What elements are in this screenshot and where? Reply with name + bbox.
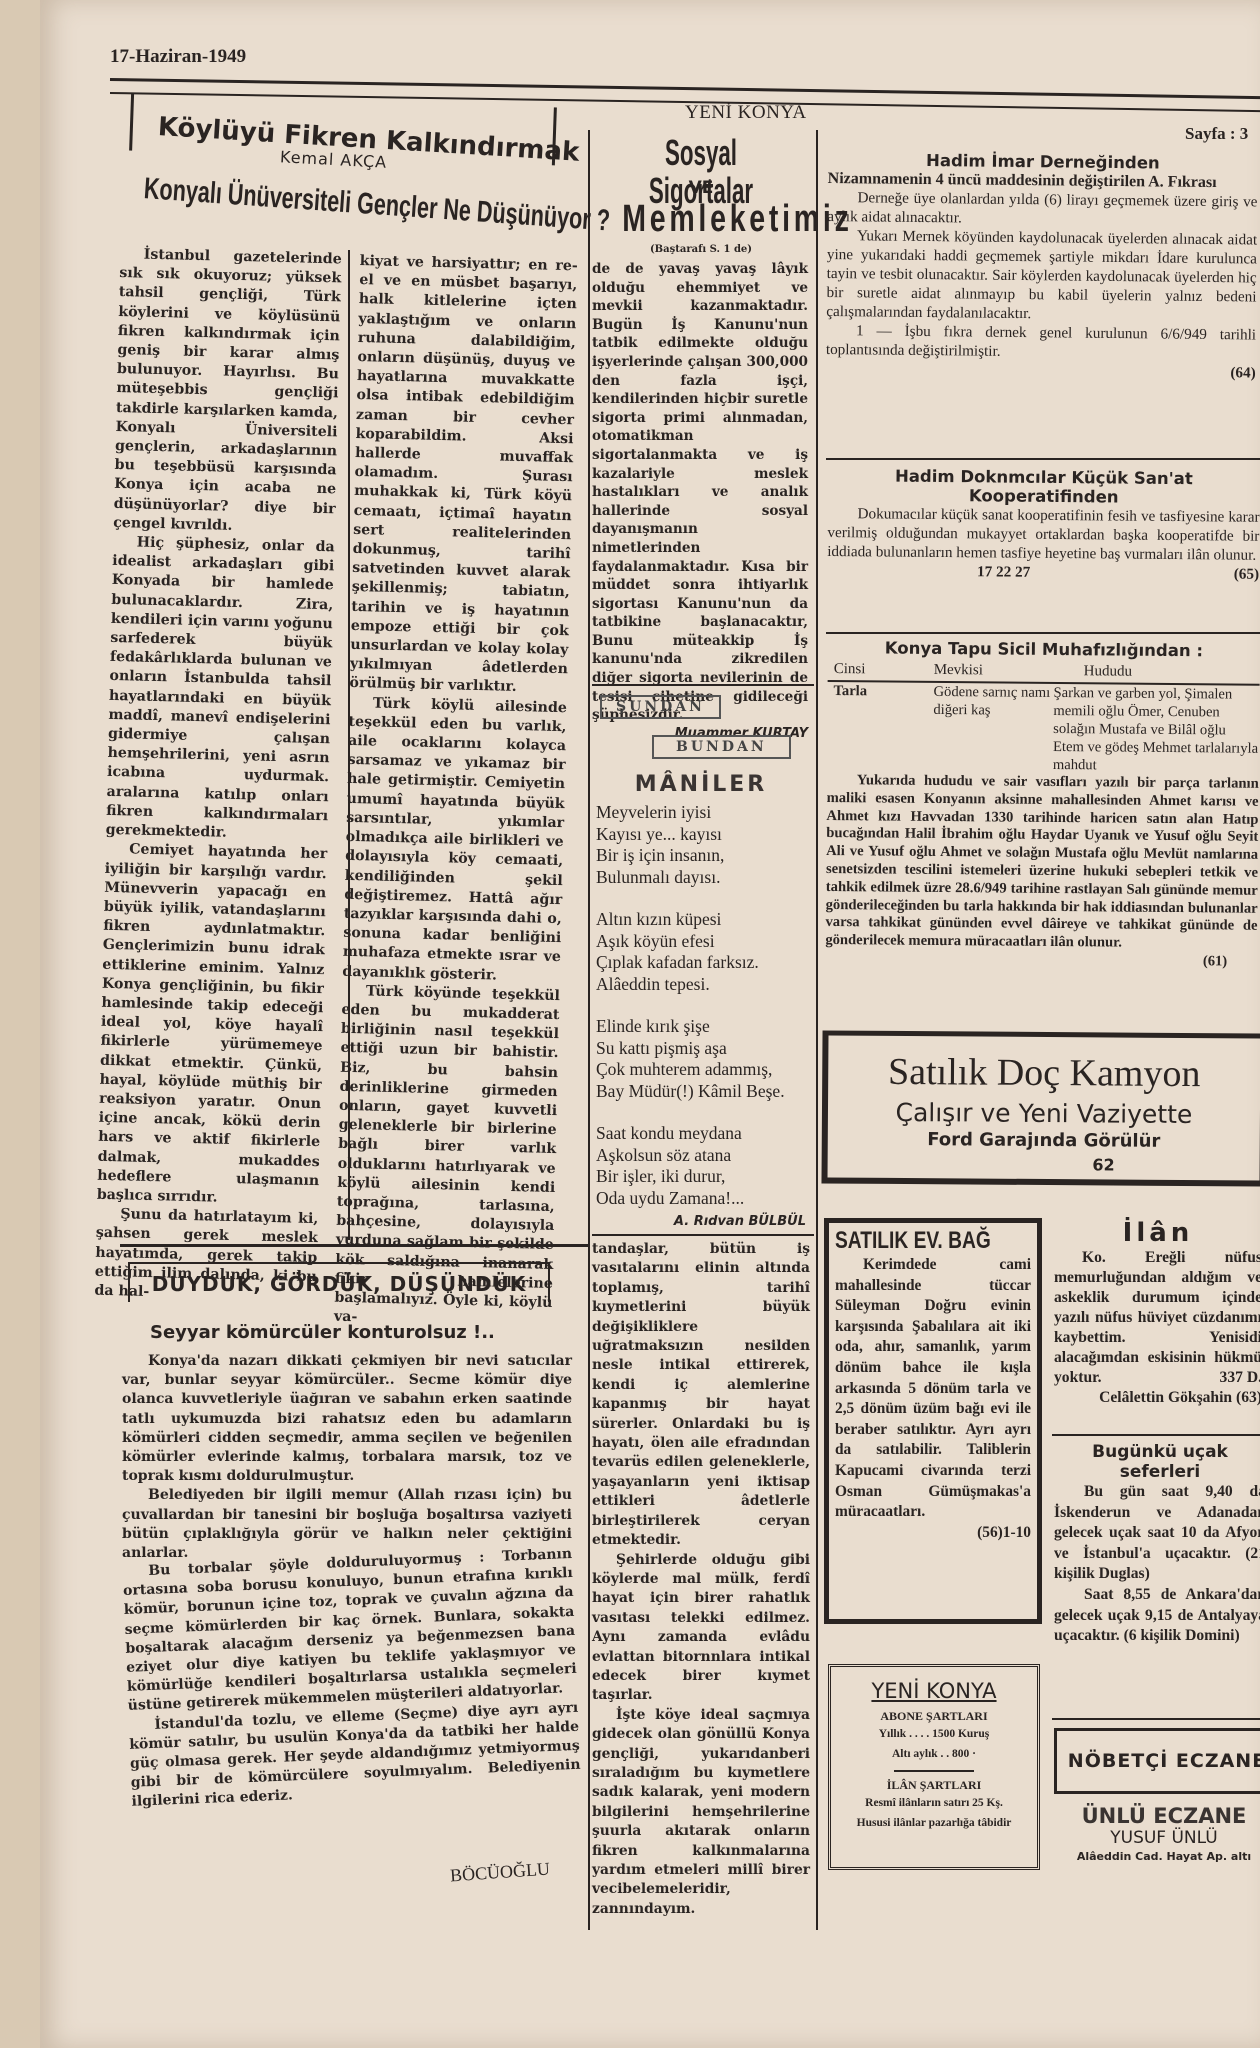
maniler-author: A. Rıdvan BÜLBÜL — [596, 1211, 806, 1233]
price-yearly: Yıllık . . . . 1500 Kuruş — [831, 1724, 1037, 1744]
pharmacy-owner: YUSUF ÜNLÜ — [1054, 1828, 1260, 1848]
paragraph: Yukarıda hududu ve sair vasıfları yazılı… — [825, 772, 1259, 954]
table-cell: Gödene sarnıç namı diğeri kaş — [933, 683, 1054, 774]
paragraph: Hiç şüphesiz, onlar da idealist arkadaşl… — [105, 533, 334, 846]
pharmacy-address: Alâeddin Cad. Hayat Ap. altı — [1054, 1850, 1260, 1863]
stanza: Meyvelerin iyisi Kayısı ye... kayısı Bir… — [596, 802, 816, 888]
house-vineyard-ad: SATILIK EV. BAĞ Kerimdede cami mahallesi… — [824, 1218, 1042, 1624]
verse: Kayısı ye... kayısı — [596, 824, 816, 846]
verse: Saat kondu meydana — [596, 1123, 816, 1145]
paragraph: tandaşlar, bütün iş vasıtalarını elinin … — [592, 1240, 810, 1551]
pharmacy-info: ÜNLÜ ECZANE YUSUF ÜNLÜ Alâeddin Cad. Hay… — [1054, 1804, 1260, 1863]
notice-dates: 17 22 27 — [977, 562, 1030, 581]
maniler-title: MÂNİLER — [596, 772, 806, 797]
notice-body: Bu gün saat 9,40 da İskenderun ve Adanad… — [1054, 1482, 1260, 1647]
verse: Oda uydu Zamana!... — [596, 1188, 816, 1210]
paragraph: Cemiyet hayatında her iyiliğin bir karşı… — [97, 840, 328, 1210]
ad-ref: (56)1-10 — [835, 1523, 1031, 1544]
notice-ref: (64) — [826, 359, 1256, 383]
sigorta-headline-ve: VE — [596, 178, 806, 198]
warped-text: Bu torbalar şöyle dolduruluyormuş : Torb… — [122, 1545, 582, 1812]
paragraph: Türk köylü ailesinde teşekkül eden bu va… — [342, 694, 567, 987]
price-value: 1500 Kuruş — [932, 1728, 989, 1740]
divider — [894, 1770, 974, 1772]
ad-terms-line: Hususi ilânlar pazarlığa tâbidir — [831, 1813, 1037, 1833]
verse: Meyvelerin iyisi — [596, 802, 816, 824]
verse: Aşkolsun söz atana — [596, 1145, 816, 1167]
lost-id-notice: İlân Ko. Ereğli nüfus memurluğundan aldı… — [1054, 1218, 1260, 1408]
paragraph: 1 — İşbu fıkra dernek genel kurulunun 6/… — [826, 321, 1256, 364]
section-rule — [592, 1234, 814, 1236]
notice-title: Bugünkü uçak seferleri — [1054, 1442, 1260, 1482]
paragraph: Yukarı Mernek köyünden kaydolunacak üyel… — [826, 226, 1257, 325]
price-value: 800 · — [952, 1748, 976, 1760]
newspaper-name: YENİ KONYA — [685, 102, 807, 124]
paragraph: Şehirlerde olduğu gibi köylerde mal mülk… — [592, 1551, 810, 1706]
truck-for-sale-ad: Satılık Doç Kamyon Çalışır ve Yeni Vaziy… — [821, 1030, 1260, 1186]
lead-subheadline: Konyalı Ünüversiteli Gençler Ne Düşünüyo… — [143, 172, 611, 238]
subscription-title: ABONE ŞARTLARI — [831, 1709, 1037, 1724]
section-rule — [826, 458, 1260, 460]
ad-body: Kerimdede cami mahallesinde tüccar Süley… — [835, 1255, 1031, 1543]
flight-schedule: Bugünkü uçak seferleri Bu gün saat 9,40 … — [1054, 1442, 1260, 1647]
notice-number: 337 D. — [1192, 1368, 1260, 1388]
paragraph: Ko. Ereğli nüfus memurluğundan aldığım v… — [1054, 1248, 1260, 1388]
signatory: Celâlettin Gökşahin — [1099, 1389, 1232, 1406]
sigorta-body: de de yavaş yavaş lâyık olduğu ehemmiyet… — [592, 260, 808, 743]
notice-ref: (63) — [1236, 1389, 1260, 1406]
paragraph: İstandul'da tozlu, ve elleme (Seçme) diy… — [128, 1699, 581, 1813]
paragraph: Kerimdede cami mahallesinde tüccar Süley… — [835, 1255, 1031, 1523]
section-rule — [826, 632, 1260, 634]
column-header: Hududu — [1054, 663, 1260, 682]
dokumacilar-notice: Hadim Doknmcılar Küçük San'at Kooperatif… — [827, 466, 1260, 584]
table-cell: Şarkan ve garben yol, Şimalen memili oğl… — [1053, 684, 1260, 776]
notice-text: Ko. Ereğli nüfus memurluğundan aldığım v… — [1054, 1249, 1260, 1386]
duty-pharmacy-banner: NÖBETÇİ ECZANE — [1054, 1728, 1260, 1794]
tapu-notice: Konya Tapu Sicil Muhafızlığından : Cinsi… — [825, 638, 1260, 972]
notice-body: Ko. Ereğli nüfus memurluğundan aldığım v… — [1054, 1248, 1260, 1408]
lead-column-1: İstanbul gazetelerinde sık sık okuyoruz;… — [94, 245, 342, 1306]
ad-headline: Satılık Doç Kamyon — [828, 1049, 1260, 1096]
verse: Aşık köyün efesi — [596, 931, 816, 953]
paragraph: Derneğe üye olanlardan yılda (6) lirayı … — [827, 188, 1257, 231]
notice-signature: Celâlettin Gökşahin (63) — [1054, 1388, 1260, 1408]
paragraph: kiyat ve harsiyattır; en re- el ve en mü… — [349, 252, 578, 699]
notice-title: Hadim Doknmcılar Küçük San'at Kooperatif… — [828, 466, 1260, 508]
price-label: Yıllık . . . . — [879, 1728, 929, 1740]
section-rule — [1052, 1434, 1260, 1436]
notice-title: Konya Tapu Sicil Muhafızlığından : — [828, 638, 1260, 661]
sigorta-headline-2: Memleketimiz — [622, 198, 780, 241]
verse: Altın kızın küpesi — [596, 909, 816, 931]
verse: Bulunmalı dayısı. — [596, 867, 816, 889]
ad-location: Ford Garajında Görülür — [828, 1128, 1260, 1152]
ad-subline: Çalışır ve Yeni Vaziyette — [828, 1097, 1260, 1129]
stanza: Saat kondu meydana Aşkolsun söz atana Bi… — [596, 1123, 816, 1209]
verse: Çıplak kafadan farksız. — [596, 952, 816, 974]
column-divider — [588, 130, 590, 1930]
table-row: Tarla Gödene sarnıç namı diğeri kaş Şark… — [827, 682, 1260, 776]
section-rule — [1052, 1718, 1260, 1720]
paragraph: Bu torbalar şöyle dolduruluyormuş : Torb… — [122, 1545, 578, 1717]
paragraph: Saat 8,55 de Ankara'dan gelecek uçak 9,1… — [1054, 1585, 1260, 1647]
notice-body: Nizamnamenin 4 üncü maddesinin değiştiri… — [826, 169, 1258, 382]
section-rule — [120, 1244, 590, 1247]
paragraph: Bu gün saat 9,40 da İskenderun ve Adanad… — [1054, 1482, 1260, 1585]
price-half-year: Altı aylık . . 800 · — [831, 1744, 1037, 1764]
stanza: Altın kızın küpesi Aşık köyün efesi Çıpl… — [596, 909, 816, 995]
ad-terms-title: İLÂN ŞARTLARI — [831, 1778, 1037, 1793]
notice-body: Dokumacılar küçük sanat kooperatifinin f… — [827, 504, 1260, 584]
paragraph: Konya'da nazarı dikkati çekmiyen bir nev… — [122, 1352, 572, 1486]
newspaper-page: 17-Haziran-1949 YENİ KONYA Sayfa : 3 Köy… — [40, 0, 1260, 2048]
paragraph: İşte köye ideal saçmıya gidecek olan gön… — [592, 1706, 810, 1919]
verse: Çok muhterem adammış, — [596, 1059, 816, 1081]
newspaper-name: YENİ KONYA — [831, 1679, 1037, 1703]
verse: Bir iş için insanın, — [596, 845, 816, 867]
section-rule — [592, 684, 814, 686]
notice-body: Yukarıda hududu ve sair vasıfları yazılı… — [825, 772, 1259, 972]
komur-headline: Seyyar kömürcüler konturolsuz !.. — [150, 1322, 495, 1343]
lead-continuation: tandaşlar, bütün iş vasıtalarını elinin … — [592, 1240, 810, 1919]
column-header: Cinsi — [828, 661, 934, 679]
pharmacy-name: ÜNLÜ ECZANE — [1054, 1804, 1260, 1828]
verse: Bir işler, iki durur, — [596, 1166, 816, 1188]
ad-headline: SATILIK EV. BAĞ — [835, 1227, 992, 1255]
verse: Alâeddin tepesi. — [596, 974, 816, 996]
maniler-poem: Meyvelerin iyisi Kayısı ye... kayısı Bir… — [596, 802, 816, 1233]
ad-ref: 62 — [948, 1154, 1260, 1175]
column-divider — [816, 130, 818, 1930]
verse: Bay Müdür(!) Kâmil Beşe. — [596, 1081, 816, 1103]
hadim-imar-notice: Hadim İmar Derneğinden Nizamnamenin 4 ün… — [826, 150, 1258, 382]
lead-column-2: kiyat ve harsiyattır; en re- el ve en mü… — [334, 252, 578, 1332]
bundan-label: BUNDAN — [652, 735, 791, 759]
notice-ref: (65) — [1234, 565, 1259, 584]
price-label: Altı aylık . . — [892, 1748, 949, 1760]
page-number: Sayfa : 3 — [1185, 124, 1248, 144]
verse: Su kattı pişmiş aşa — [596, 1038, 816, 1060]
stanza: Elinde kırık şişe Su kattı pişmiş aşa Ço… — [596, 1016, 816, 1102]
paragraph: de de yavaş yavaş lâyık olduğu ehemmiyet… — [592, 260, 808, 725]
column-banner: DUYDUK, GÖRDÜK, DÜŞÜNDÜK — [128, 1262, 550, 1302]
table-cell: Tarla — [827, 682, 934, 773]
verse: Elinde kırık şişe — [596, 1016, 816, 1038]
ad-terms-line: Resmî ilânların satırı 25 Kş. — [831, 1793, 1037, 1813]
continued-note: (Baştarafı S. 1 de) — [596, 244, 806, 255]
issue-date: 17-Haziran-1949 — [110, 46, 246, 68]
paragraph: Dokumacılar küçük sanat kooperatifinin f… — [827, 504, 1259, 565]
notice-title: İlân — [1054, 1218, 1260, 1248]
column-header: Mevkisi — [934, 662, 1054, 680]
sundan-label: ŞUNDAN — [600, 695, 721, 719]
paragraph: İstanbul gazetelerinde sık sık okuyoruz;… — [113, 245, 342, 538]
komur-body: Konya'da nazarı dikkati çekmiyen bir nev… — [122, 1352, 572, 1813]
komur-author: BÖCÜOĞLU — [449, 1859, 550, 1887]
subscription-box: YENİ KONYA ABONE ŞARTLARI Yıllık . . . .… — [828, 1664, 1040, 1870]
notice-ref: (61) — [825, 950, 1227, 971]
